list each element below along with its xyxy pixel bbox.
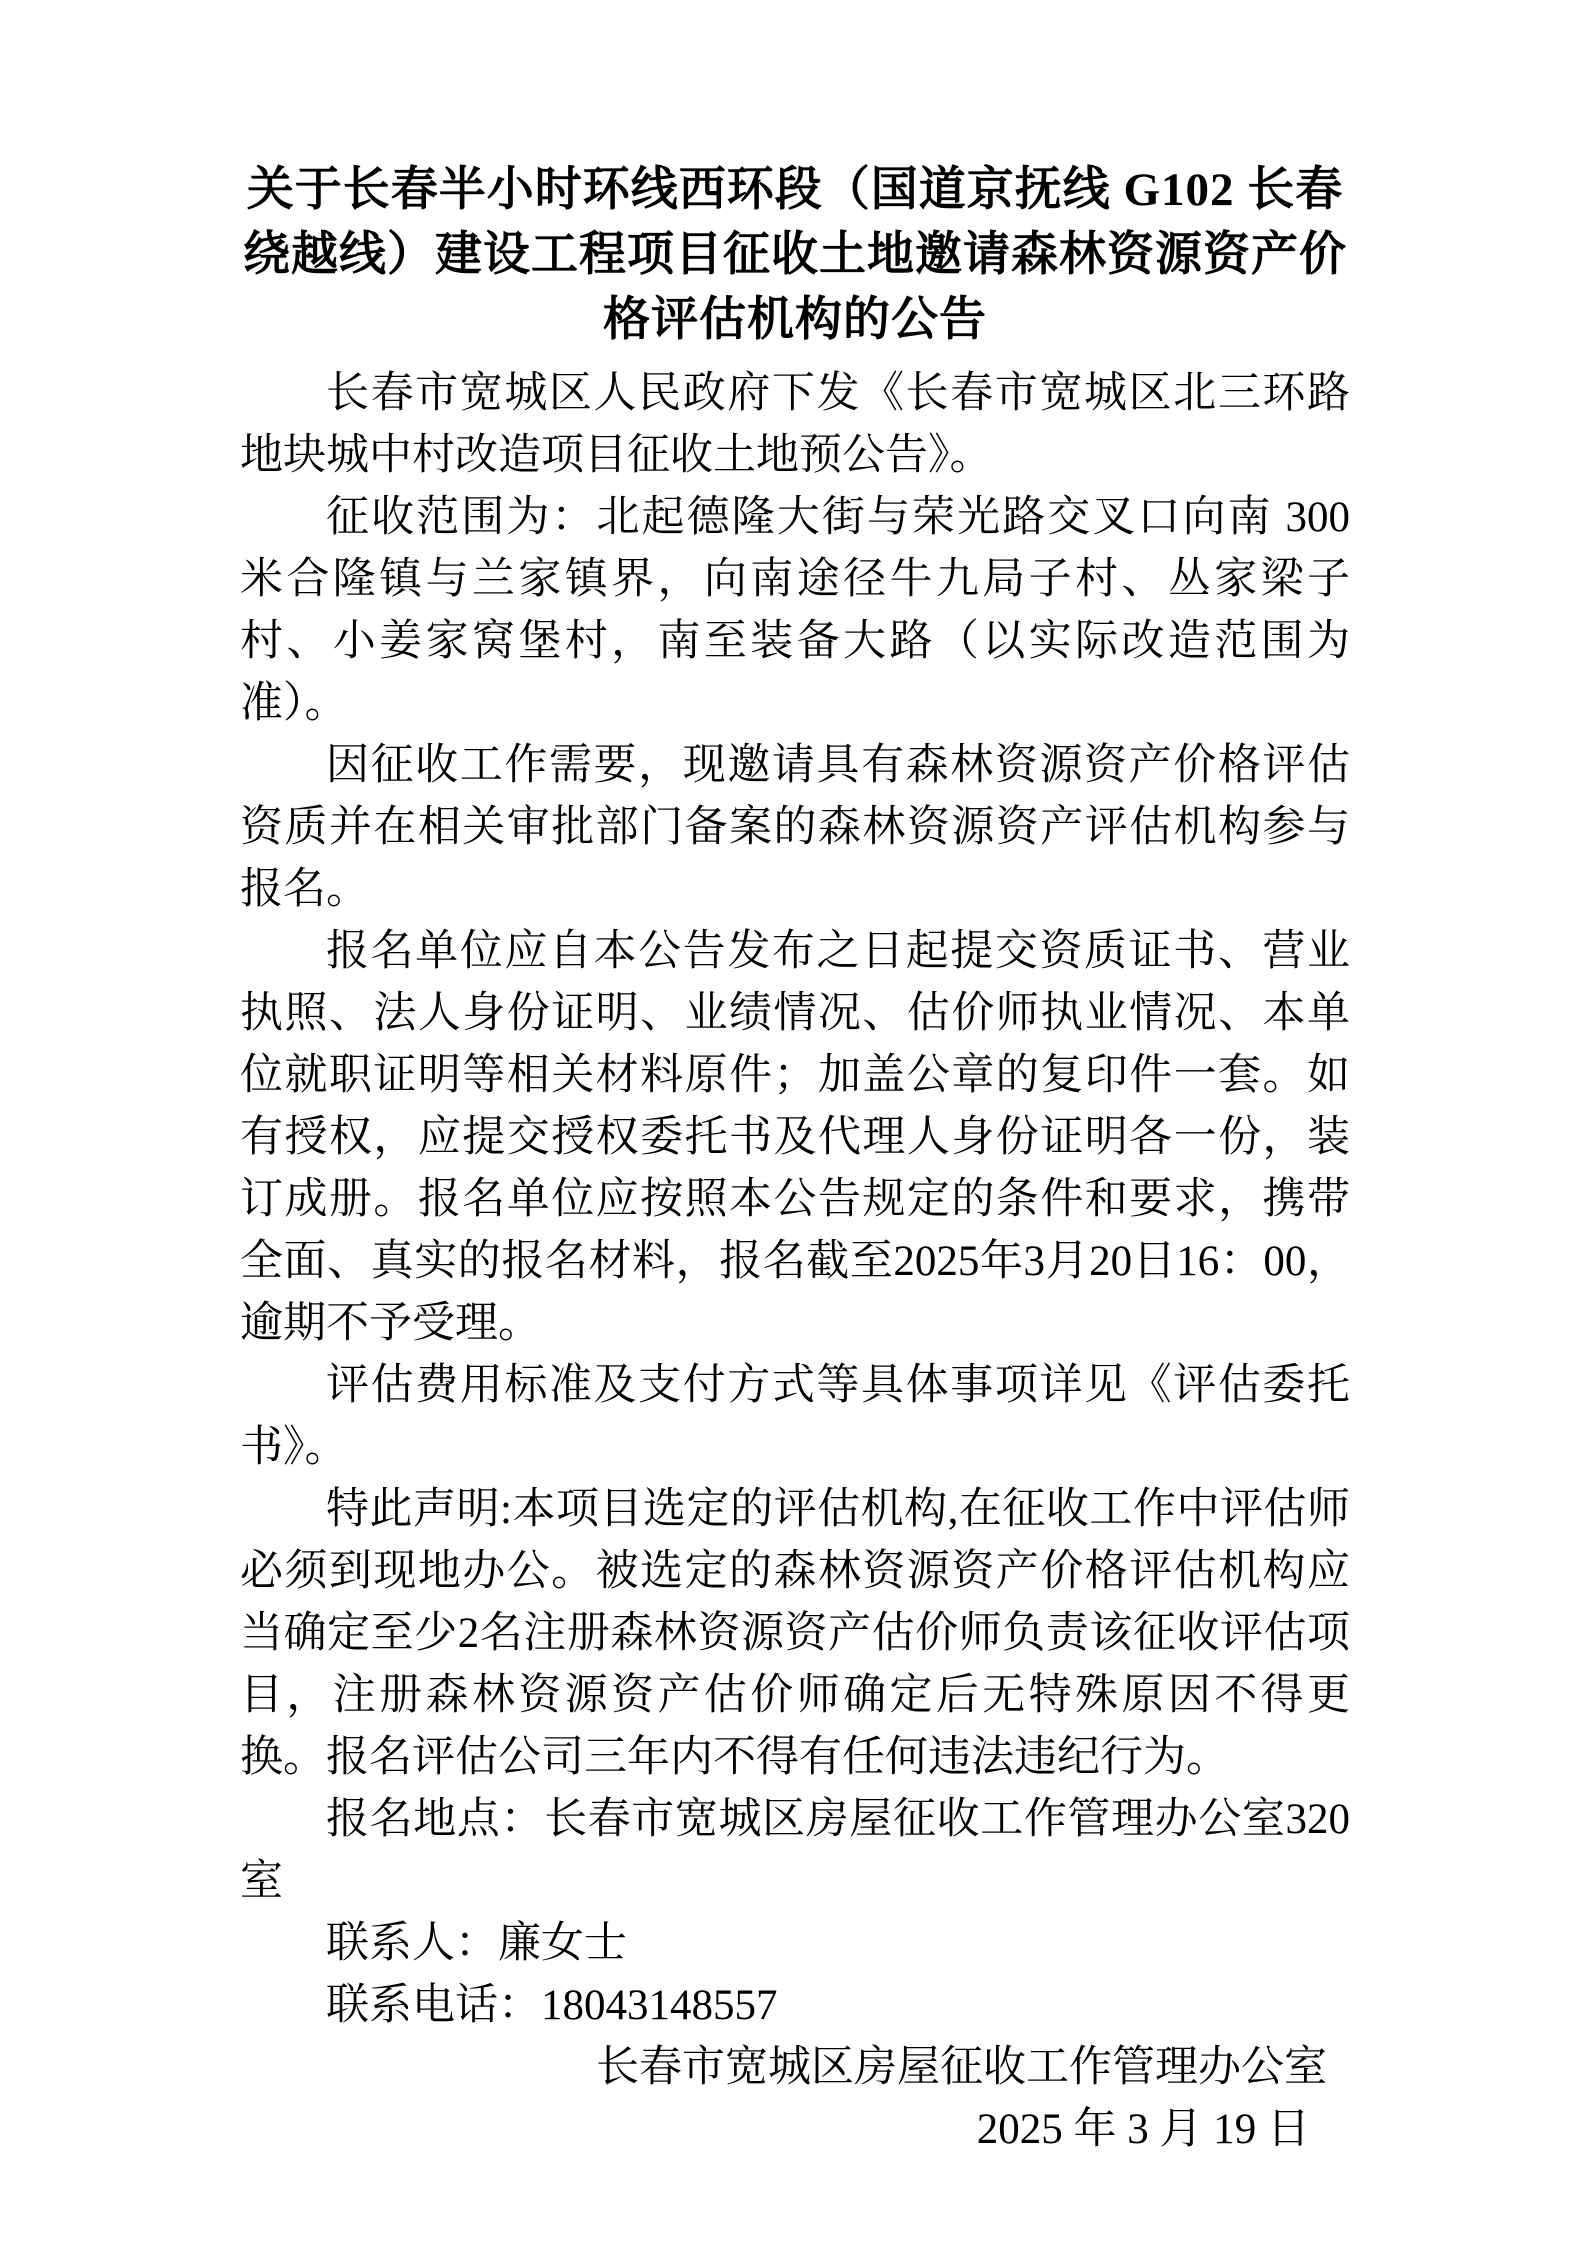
- paragraph-intro: 长春市宽城区人民政府下发《长春市宽城区北三环路地块城中村改造项目征收土地预公告》…: [240, 363, 1350, 487]
- paragraph-requirements: 报名单位应自本公告发布之日起提交资质证书、营业执照、法人身份证明、业绩情况、估价…: [240, 921, 1350, 1355]
- paragraph-contact-person: 联系人：廉女士: [240, 1913, 1350, 1975]
- paragraph-fees: 评估费用标准及支付方式等具体事项详见《评估委托书》。: [240, 1355, 1350, 1479]
- paragraph-declaration: 特此声明:本项目选定的评估机构,在征收工作中评估师必须到现地办公。被选定的森林资…: [240, 1479, 1350, 1789]
- paragraph-invitation: 因征收工作需要，现邀请具有森林资源资产价格评估资质并在相关审批部门备案的森林资源…: [240, 735, 1350, 921]
- paragraph-scope: 征收范围为：北起德隆大街与荣光路交叉口向南 300 米合隆镇与兰家镇界，向南途径…: [240, 487, 1350, 735]
- paragraph-contact-phone: 联系电话：18043148557: [240, 1975, 1350, 2037]
- date-line: 2025 年 3 月 19 日: [240, 2099, 1310, 2161]
- announcement-title: 关于长春半小时环线西环段（国道京抚线 G102 长春绕越线）建设工程项目征收土地…: [240, 158, 1350, 353]
- announcement-page: 关于长春半小时环线西环段（国道京抚线 G102 长春绕越线）建设工程项目征收土地…: [0, 0, 1587, 2245]
- paragraph-location: 报名地点：长春市宽城区房屋征收工作管理办公室320室: [240, 1789, 1350, 1913]
- signature-line: 长春市宽城区房屋征收工作管理办公室: [240, 2037, 1327, 2099]
